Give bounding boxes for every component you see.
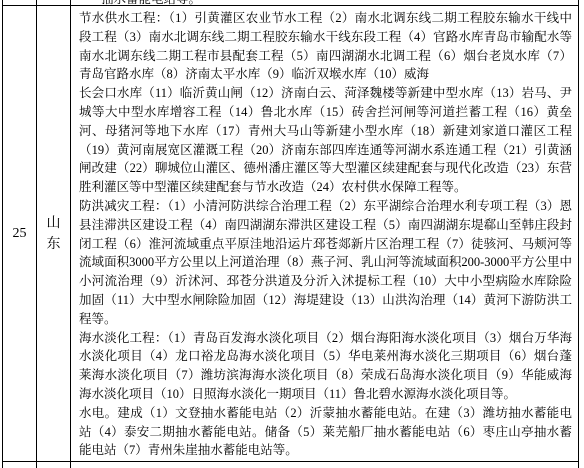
- province-cell: 山 东: [37, 6, 71, 461]
- paragraph-flood-control: 防洪减灾工程：（1）小清河防洪综合治理工程（2）东平湖综合治理水利专项工程（3）…: [79, 197, 572, 329]
- province-char-1: 山: [47, 213, 61, 234]
- prev-row-province-cell: [37, 0, 71, 5]
- table-row-next-clipped: [3, 462, 579, 468]
- projects-table: 抽水蓄能电站等。 25 山 东 节水供水工程：（1）引黄灌区农业节水工程（2）南…: [2, 0, 579, 468]
- projects-content-cell: 节水供水工程：（1）引黄灌区农业节水工程（2）南水北调东线二期工程胶东输水干线中…: [71, 6, 579, 461]
- paragraph-water-saving-supply-cont: 长会口水库（11）临沂黄山闸（12）济南白云、菏泽魏楼等新建中型水库（13）岩马…: [79, 84, 572, 197]
- paragraph-water-saving-supply: 节水供水工程：（1）引黄灌区农业节水工程（2）南水北调东线二期工程胶东输水干线中…: [79, 9, 572, 84]
- row-number-cell: 25: [3, 6, 37, 461]
- prev-row-clipped-text: 抽水蓄能电站等。: [101, 0, 572, 5]
- prev-row-content-cell: 抽水蓄能电站等。: [71, 0, 579, 5]
- table-row: 25 山 东 节水供水工程：（1）引黄灌区农业节水工程（2）南水北调东线二期工程…: [3, 6, 579, 462]
- province-name: 山 东: [47, 213, 61, 255]
- document-page: 抽水蓄能电站等。 25 山 东 节水供水工程：（1）引黄灌区农业节水工程（2）南…: [0, 0, 584, 468]
- prev-row-number-cell: [3, 0, 37, 5]
- paragraph-desalination: 海水淡化工程：（1）青岛百发海水淡化项目（2）烟台海阳海水淡化项目（3）烟台万华…: [79, 329, 572, 404]
- next-row-province-cell: [37, 462, 71, 468]
- province-char-2: 东: [47, 234, 61, 255]
- next-row-number-cell: [3, 462, 37, 468]
- next-row-content-cell: [71, 462, 579, 468]
- paragraph-hydropower: 水电。建成（1）文登抽水蓄能电站（2）沂蒙抽水蓄能电站。在建（3）潍坊抽水蓄能电…: [79, 404, 572, 460]
- row-number: 25: [13, 226, 27, 242]
